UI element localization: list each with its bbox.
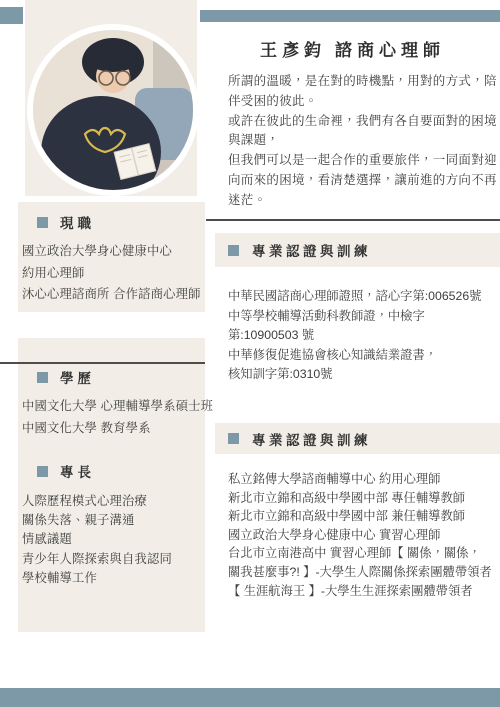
- text-line: 【 生涯航海王 】-大學生生涯探索團體帶領者: [228, 582, 492, 601]
- experience-list: 私立銘傳大學諮商輔導中心 約用心理師新北市立錦和高級中學國中部 專任輔導教師新北…: [228, 470, 492, 600]
- text-line: 核知訓字第:0310號: [228, 365, 482, 385]
- text-line: 沐心心理諮商所 合作諮商心理師: [22, 284, 205, 306]
- square-bullet-icon: [37, 372, 48, 383]
- page-title: 王彥鈞諮商心理師: [210, 38, 495, 64]
- text-line: 情感議題: [22, 530, 205, 549]
- square-bullet-icon: [228, 433, 239, 444]
- text-line: 新北市立錦和高級中學國中部 兼任輔導教師: [228, 507, 492, 526]
- text-line: 或許在彼此的生命裡，我們有各自要面對的困境: [228, 112, 496, 132]
- section-current-position: 現職 國立政治大學身心健康中心約用心理師沐心心理諮商所 合作諮商心理師: [18, 202, 205, 312]
- text-line: 關我甚麼事?! 】-大學生人際關係探索團體帶領者: [228, 563, 492, 582]
- text-line: 但我們可以是一起合作的重要旅伴，一同面對迎: [228, 151, 496, 171]
- current-position-header: 現職: [18, 212, 205, 232]
- text-line: 新北市立錦和高級中學國中部 專任輔導教師: [228, 489, 492, 508]
- certifications-label: 專業認證與訓練: [252, 240, 371, 260]
- text-line: 所謂的溫暖，是在對的時機點，用對的方式，陪: [228, 72, 496, 92]
- certifications-header: 專業認證與訓練: [215, 233, 500, 267]
- profile-page: 王彥鈞諮商心理師 所謂的溫暖，是在對的時機點，用對的方式，陪伴受困的彼此。或許在…: [0, 0, 500, 707]
- certifications-list: 中華民國諮商心理師證照，諮心字第:006526號中等學校輔導活動科教師證，中檢字…: [228, 287, 482, 385]
- person-name: 王彥鈞: [260, 41, 326, 60]
- text-line: 關係失落、親子溝通: [22, 511, 205, 530]
- section-education-specialties: 學歷 中國文化大學 心理輔導學系碩士班中國文化大學 教育學系 專長 人際歷程模式…: [18, 338, 205, 632]
- intro-text: 所謂的溫暖，是在對的時機點，用對的方式，陪伴受困的彼此。或許在彼此的生命裡，我們…: [228, 72, 496, 211]
- person-title: 諮商心理師: [335, 41, 445, 60]
- text-line: 中華民國諮商心理師證照，諮心字第:006526號: [228, 287, 482, 307]
- text-line: 中國文化大學 心理輔導學系碩士班: [22, 396, 205, 418]
- specialties-label: 專長: [60, 461, 95, 481]
- text-line: 向而來的困境，看清楚選擇，讓前進的方向不再: [228, 171, 496, 191]
- experience-header: 專業認證與訓練: [215, 423, 500, 454]
- square-bullet-icon: [228, 245, 239, 256]
- text-line: 迷茫。: [228, 191, 496, 211]
- text-line: 中國文化大學 教育學系: [22, 418, 205, 440]
- education-header: 學歷: [18, 367, 205, 387]
- square-bullet-icon: [37, 217, 48, 228]
- specialties-list: 人際歷程模式心理治療關係失落、親子溝通情感議題青少年人際探索與自我認同學校輔導工…: [18, 492, 205, 588]
- divider-left: [0, 362, 205, 364]
- text-line: 台北市立南港高中 實習心理師【 關係，關係，: [228, 544, 492, 563]
- specialties-header: 專長: [18, 461, 205, 481]
- experience-label: 專業認證與訓練: [252, 429, 371, 449]
- text-line: 國立政治大學身心健康中心: [22, 241, 205, 263]
- text-line: 中華修復促進協會核心知識結業證書，: [228, 346, 482, 366]
- text-line: 伴受困的彼此。: [228, 92, 496, 112]
- bottom-accent-bar: [0, 688, 500, 707]
- text-line: 青少年人際探索與自我認同: [22, 550, 205, 569]
- top-left-accent-square: [0, 7, 23, 24]
- current-position-label: 現職: [60, 212, 95, 232]
- text-line: 第:10900503 號: [228, 326, 482, 346]
- top-right-accent-bar: [200, 10, 500, 22]
- profile-photo: [27, 24, 199, 196]
- text-line: 私立銘傳大學諮商輔導中心 約用心理師: [228, 470, 492, 489]
- current-position-list: 國立政治大學身心健康中心約用心理師沐心心理諮商所 合作諮商心理師: [18, 241, 205, 306]
- divider-right: [206, 219, 500, 221]
- portrait-illustration: [33, 30, 193, 190]
- text-line: 學校輔導工作: [22, 569, 205, 588]
- text-line: 國立政治大學身心健康中心 實習心理師: [228, 526, 492, 545]
- text-line: 中等學校輔導活動科教師證，中檢字: [228, 307, 482, 327]
- text-line: 人際歷程模式心理治療: [22, 492, 205, 511]
- education-label: 學歷: [60, 367, 95, 387]
- text-line: 與課題，: [228, 131, 496, 151]
- text-line: 約用心理師: [22, 263, 205, 285]
- square-bullet-icon: [37, 466, 48, 477]
- education-list: 中國文化大學 心理輔導學系碩士班中國文化大學 教育學系: [18, 396, 205, 439]
